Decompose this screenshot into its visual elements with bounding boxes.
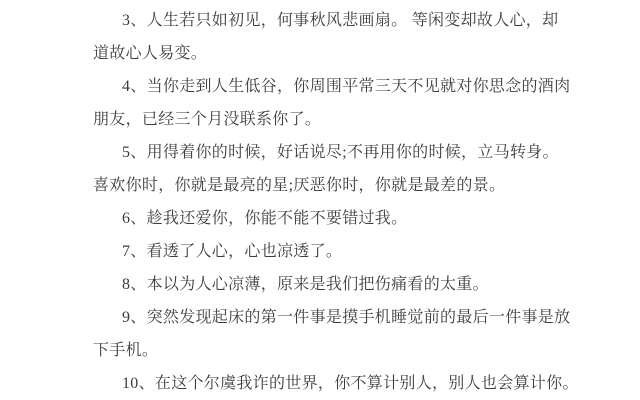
text-line: 8、本以为人心凉薄，原来是我们把伤痛看的太重。 bbox=[0, 268, 640, 301]
text-line: 7、看透了人心，心也凉透了。 bbox=[0, 235, 640, 268]
text-line: 6、趁我还爱你，你能不能不要错过我。 bbox=[0, 202, 640, 235]
text-line: 10、在这个尔虞我诈的世界，你不算计别人，别人也会算计你。 bbox=[0, 367, 640, 400]
document-body: 3、人生若只如初见，何事秋风悲画扇。 等闲变却故人心，却道故心人易变。4、当你走… bbox=[0, 4, 640, 400]
text-line: 朋友，已经三个月没联系你了。 bbox=[0, 103, 640, 136]
text-line: 下手机。 bbox=[0, 334, 640, 367]
document-page: 3、人生若只如初见，何事秋风悲画扇。 等闲变却故人心，却道故心人易变。4、当你走… bbox=[0, 0, 640, 400]
text-line: 道故心人易变。 bbox=[0, 37, 640, 70]
text-line: 4、当你走到人生低谷，你周围平常三天不见就对你思念的酒肉 bbox=[0, 70, 640, 103]
text-line: 喜欢你时，你就是最亮的星;厌恶你时，你就是最差的景。 bbox=[0, 169, 640, 202]
text-line: 3、人生若只如初见，何事秋风悲画扇。 等闲变却故人心，却 bbox=[0, 4, 640, 37]
text-line: 9、突然发现起床的第一件事是摸手机睡觉前的最后一件事是放 bbox=[0, 301, 640, 334]
text-line: 5、用得着你的时候，好话说尽;不再用你的时候，立马转身。 bbox=[0, 136, 640, 169]
